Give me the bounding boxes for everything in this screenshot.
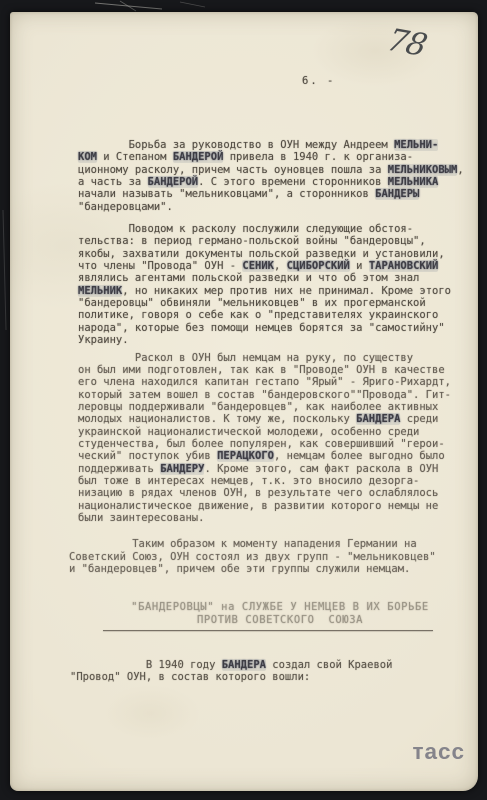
- marked-name: БАНДЕРУ: [160, 463, 204, 475]
- marked-name: МЕЛЬНИКОВЫМ: [388, 164, 458, 176]
- marked-name: ТАРАНОВСКИЙ: [369, 260, 439, 272]
- text-line: "Провод" ОУН, в состав которого вошли:: [70, 671, 482, 683]
- paragraph: Поводом к расколу послужили следующие об…: [78, 223, 482, 346]
- marked-name: СЦИБОРСКИЙ: [287, 260, 350, 272]
- text-line: Украину.: [78, 334, 482, 346]
- text-line: якобы, захватили документы польской разв…: [78, 248, 482, 260]
- text-line: что члены "Провода" ОУН - СЕНИК, СЦИБОРС…: [78, 260, 482, 272]
- tass-watermark: тасс: [412, 739, 465, 765]
- text-line: были заинтересованы.: [78, 513, 482, 525]
- marked-name: БАНДЕРОЙ: [173, 151, 224, 163]
- paragraph: Борьба за руководство в ОУН между Андрее…: [78, 139, 482, 213]
- marked-name: БАНДЕРА: [356, 413, 400, 425]
- text-line: Борьба за руководство в ОУН между Андрее…: [78, 139, 482, 151]
- text-line: В 1940 году БАНДЕРА создал свой Краевой: [70, 659, 482, 671]
- text-line: а часть за БАНДЕРОЙ. С этого времени сто…: [78, 176, 482, 188]
- photo-background: 78 6. - Борьба за руководство в ОУН межд…: [0, 0, 487, 800]
- marked-name: МЕЛЬНИК: [78, 285, 122, 297]
- text-line: начали называть "мельниковцами", а сторо…: [78, 188, 482, 200]
- text-line: Поводом к расколу послужили следующие об…: [78, 223, 482, 235]
- paragraph: Таким образом к моменту нападения Герман…: [69, 538, 482, 575]
- marked-name: ПЕРАЦКОГО: [217, 450, 274, 462]
- paragraph: Раскол в ОУН был немцам на руку, по суще…: [78, 353, 482, 526]
- marked-name: СЕНИК: [242, 260, 274, 272]
- text-line: ционному расколу, причем часть оуновцев …: [78, 164, 482, 176]
- marked-name: БАНДЕРА: [222, 659, 266, 671]
- section-heading: "БАНДЕРОВЦЫ" на СЛУЖБЕ У НЕМЦЕВ В ИХ БОР…: [78, 601, 482, 631]
- marked-name: БАНДЕРЫ: [375, 188, 419, 200]
- text-line: народа", которые без помощи немцев борят…: [78, 322, 482, 334]
- text-line: КОМ и Степаном БАНДЕРОЙ привела в 1940 г…: [78, 151, 482, 163]
- text-line: тельства: в период германо-польской войн…: [78, 235, 482, 247]
- document-body: Борьба за руководство в ОУН между Андрее…: [78, 139, 482, 694]
- marked-name: БАНДЕРОЙ: [148, 176, 199, 188]
- text-line: политике, говоря о себе как о "представи…: [78, 309, 482, 321]
- document-page: 78 6. - Борьба за руководство в ОУН межд…: [10, 12, 478, 791]
- text-line: "бандеровцами".: [78, 201, 482, 213]
- marked-name: КОМ: [78, 151, 97, 163]
- text-line: "БАНДЕРОВЦЫ" на СЛУЖБЕ У НЕМЦЕВ В ИХ БОР…: [78, 601, 482, 613]
- text-line: Таким образом к моменту нападения Герман…: [69, 538, 482, 550]
- text-line: "бандеровцы" обвиняли "мельниковцев" в и…: [78, 297, 482, 309]
- text-line: МЕЛЬНИК, но никаких мер против них не пр…: [78, 285, 482, 297]
- text-line: и "бандеровцев", причем обе эти группы с…: [69, 563, 482, 575]
- handwritten-page-number: 78: [384, 23, 430, 62]
- paragraph: В 1940 году БАНДЕРА создал свой Краевой"…: [70, 659, 482, 684]
- typed-page-number: 6. -: [302, 75, 335, 87]
- text-line: ПРОТИВ СОВЕТСКОГО СОЮЗА: [78, 614, 482, 626]
- text-line: являлись агентами польской разведки и чт…: [78, 272, 482, 284]
- marked-name: МЕЛЬНИКА: [388, 176, 439, 188]
- text-line: Советский Союз, ОУН состоял из двух груп…: [69, 551, 482, 563]
- marked-name: МЕЛЬНИ-: [394, 139, 438, 151]
